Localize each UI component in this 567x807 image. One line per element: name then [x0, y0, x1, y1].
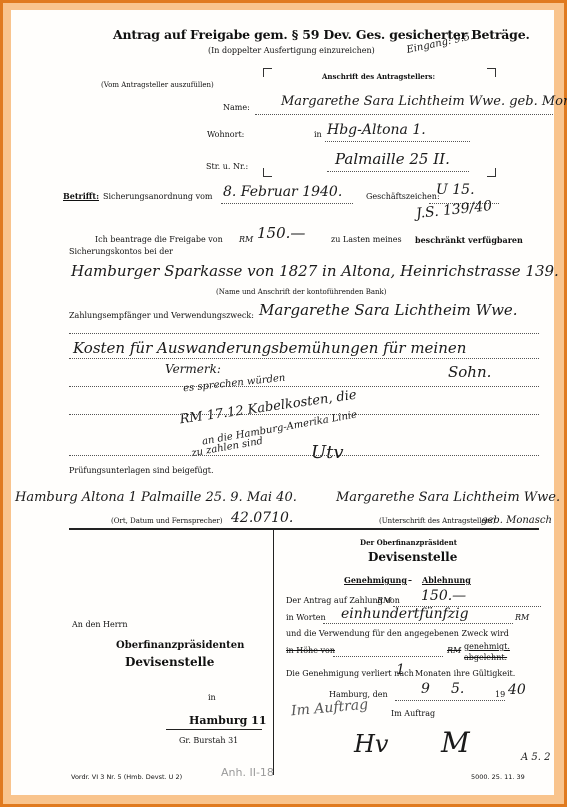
address-corner-tl — [263, 68, 272, 77]
printed-on-behalf: Im Auftrag — [391, 709, 435, 718]
words-value: einhundertfünfzig — [341, 606, 469, 622]
form-number: Vordr. VI 3 Nr. 5 (Hmb. Devst. U 2) — [71, 773, 182, 781]
attachments-text: Prüfungsunterlagen sind beigefügt. — [69, 466, 214, 475]
request-amount: 150.— — [257, 224, 305, 242]
wohnort-label: Wohnort: — [207, 130, 244, 139]
name-line — [255, 114, 553, 115]
usage-text: und die Verwendung für den angegebenen Z… — [286, 629, 509, 638]
purpose-label: Zahlungsempfänger und Verwendungszweck: — [69, 311, 254, 320]
form-subtitle: (In doppelter Ausfertigung einzureichen) — [208, 46, 375, 55]
street-label: Str. u. Nr.: — [206, 162, 248, 171]
address-heading: Anschrift des Antragstellers: — [322, 72, 435, 81]
street-value: Palmaille 25 II. — [335, 150, 450, 168]
address-corner-bl — [263, 168, 272, 177]
initial-2: M — [441, 726, 470, 759]
bank-caption: (Name und Anschrift der kontoführenden B… — [216, 288, 387, 296]
purpose-line-3-dots — [69, 414, 539, 415]
phone-value: 42.0710. — [231, 510, 293, 526]
purpose-line-2-dots — [69, 386, 539, 387]
vertical-divider — [273, 530, 274, 775]
archive-mark: Anh. II-18 — [221, 766, 274, 779]
reference-value-2: J.S. 139/40 — [415, 198, 492, 222]
rejected-text: abgelehnt. — [464, 653, 507, 662]
height-line — [333, 656, 443, 657]
addressee-in: in — [208, 693, 216, 702]
decision-year-suffix: 40 — [508, 682, 526, 698]
request-currency: RM — [239, 235, 253, 244]
street-line — [327, 171, 469, 172]
signature-caption: (Unterschrift des Antragstellers) — [379, 517, 495, 525]
note-initials: Utv — [311, 442, 344, 463]
request-text-1: Ich beantrage die Freigabe von — [95, 235, 223, 244]
margin-mark: A 5. 2 — [521, 752, 550, 763]
divider-line — [69, 528, 539, 530]
addressee-salutation: An den Herrn — [72, 620, 128, 629]
validity-value: 1 — [396, 662, 405, 678]
initial-1: Hv — [354, 730, 389, 758]
note-1: Vermerk: — [165, 362, 221, 376]
request-text-2: zu Lasten meines — [331, 235, 402, 244]
reference-label: Geschäftszeichen: — [366, 192, 440, 201]
name-value: Margarethe Sara Lichtheim Wwe. geb. Mona… — [281, 94, 567, 109]
validity-text-2: Monaten ihre Gültigkeit. — [415, 669, 515, 678]
reference-value-1: U 15. — [436, 182, 475, 198]
wohnort-value: Hbg-Altona 1. — [327, 122, 426, 138]
purpose-line-1: Kosten für Auswanderungsbemühungen für m… — [73, 339, 466, 357]
decision-day: 9 — [421, 681, 430, 697]
betrifft-date-line — [221, 203, 353, 204]
authority-1: Der Oberfinanzpräsident — [360, 538, 457, 547]
authority-2: Devisenstelle — [368, 550, 457, 564]
heading-dash: – — [408, 575, 412, 585]
approved-text: genehmigt. — [464, 642, 510, 651]
recipient-value: Margarethe Sara Lichtheim Wwe. — [259, 301, 518, 319]
betrifft-date-value: 8. Februar 1940. — [223, 184, 342, 200]
signature-value: Margarethe Sara Lichtheim Wwe. — [336, 490, 560, 505]
place-date-value: Hamburg Altona 1 Palmaille 25. 9. Mai 40… — [15, 490, 297, 505]
address-corner-tr — [487, 68, 496, 77]
purpose-line-1-dots — [69, 358, 539, 359]
addressee-street: Gr. Burstah 31 — [179, 736, 238, 745]
applicant-note: (Vom Antragsteller auszufüllen) — [101, 81, 214, 89]
wohnort-prefix: in — [314, 130, 322, 139]
words-label: in Worten — [286, 613, 326, 622]
wohnort-line — [325, 141, 470, 142]
document-page: Antrag auf Freigabe gem. § 59 Dev. Ges. … — [11, 10, 554, 795]
decision-month: 5. — [451, 681, 464, 697]
decision-date-line — [395, 700, 505, 701]
heading-approve: Genehmigung — [344, 575, 407, 585]
addressee-line-2: Devisenstelle — [125, 655, 214, 669]
decision-year-prefix: 19 — [495, 690, 505, 699]
decision-amount-value: 150.— — [421, 588, 466, 604]
purpose-line-4-dots — [69, 455, 539, 456]
words-line — [323, 623, 513, 624]
words-currency: RM — [515, 613, 529, 622]
validity-text-1: Die Genehmigung verliert nach — [286, 669, 414, 678]
place-date-caption: (Ort, Datum und Fernsprecher) — [111, 517, 222, 525]
purpose-line-2: Sohn. — [448, 363, 491, 381]
heading-reject: Ablehnung — [422, 575, 471, 585]
request-text-bold: beschränkt verfügbaren — [415, 235, 523, 245]
signature-extra: geb. Monasch — [481, 515, 552, 526]
print-code: 5000. 25. 11. 39 — [471, 773, 525, 781]
decision-currency: RM — [377, 596, 391, 605]
address-corner-br — [487, 168, 496, 177]
height-currency: RM — [447, 646, 461, 655]
handwritten-signature: Im Auftrag — [290, 697, 368, 720]
request-text-3: Sicherungskontos bei der — [69, 247, 173, 256]
name-label: Name: — [223, 103, 250, 112]
height-text: in Höhe von — [286, 646, 335, 655]
purpose-line-0 — [69, 333, 539, 334]
betrifft-text: Sicherungsanordnung vom — [103, 192, 213, 201]
addressee-city: Hamburg 11 — [189, 714, 266, 727]
city-underline — [166, 729, 262, 730]
betrifft-label: Betrifft: — [63, 191, 99, 201]
addressee-line-1: Oberfinanzpräsidenten — [116, 640, 244, 651]
bank-value: Hamburger Sparkasse von 1827 in Altona, … — [71, 262, 559, 280]
